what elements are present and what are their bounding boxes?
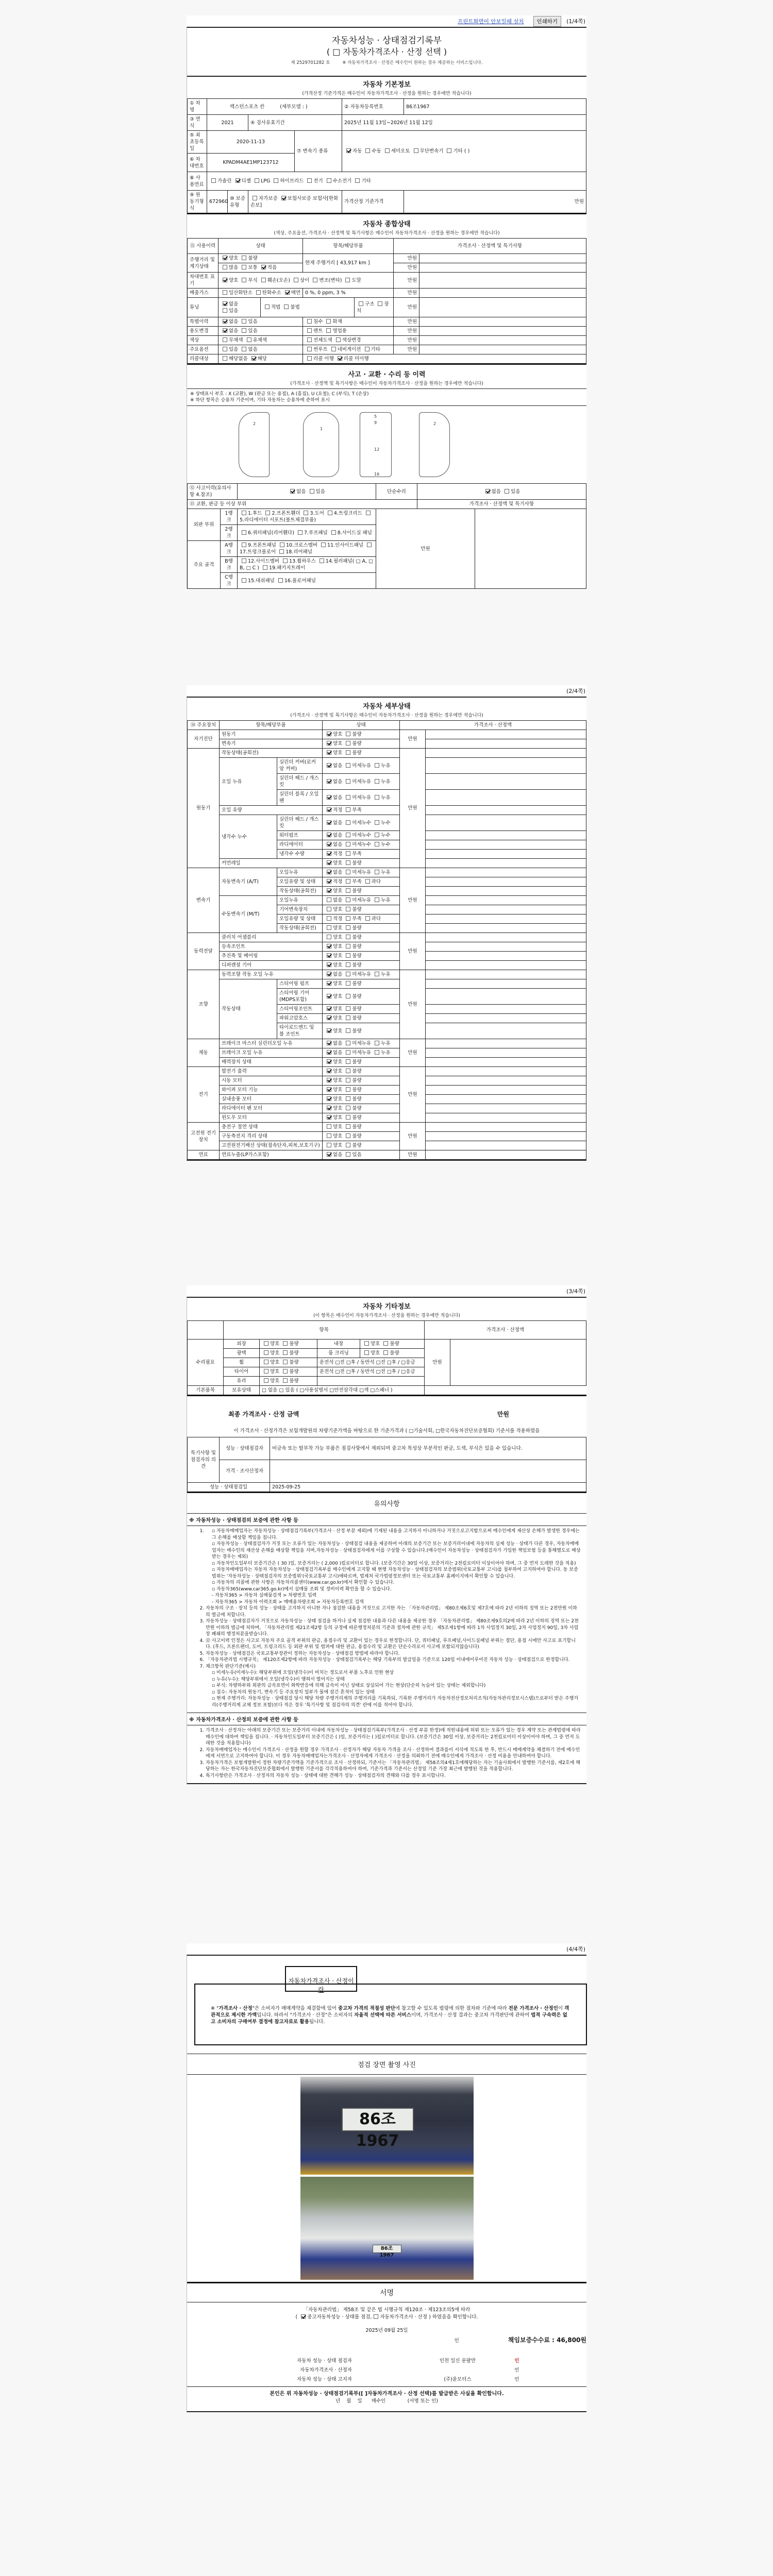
checkbox[interactable] <box>307 347 312 351</box>
checkbox[interactable] <box>284 304 289 309</box>
checkbox[interactable] <box>256 290 261 295</box>
price-cell[interactable] <box>419 336 586 345</box>
checkbox[interactable] <box>327 1050 331 1055</box>
checkbox[interactable] <box>346 888 350 893</box>
checkbox[interactable] <box>359 301 363 306</box>
price-cell[interactable] <box>426 1123 586 1132</box>
price-cell[interactable] <box>426 806 586 815</box>
price-cell[interactable] <box>426 1048 586 1058</box>
checkbox[interactable] <box>223 256 227 260</box>
detail-row: 동력전달클러치 어셈블리양호 불량만원 <box>188 933 586 942</box>
checkbox[interactable] <box>346 842 350 846</box>
price-cell[interactable] <box>426 1141 586 1150</box>
checkbox[interactable] <box>242 256 246 260</box>
checkbox-label: 있음 <box>248 328 257 334</box>
checkbox[interactable] <box>346 953 350 958</box>
checkbox[interactable] <box>283 1341 288 1346</box>
part-label: 13.휠하우스 <box>289 558 316 564</box>
checkbox[interactable] <box>283 1350 288 1355</box>
signature-law-text: 「자동차관리법」 제58조 및 같은 법 시행규칙 제120조 · 제123조의… <box>187 2302 586 2313</box>
checkbox[interactable] <box>375 842 379 846</box>
checkbox-label: 불량 <box>352 1133 361 1139</box>
checkbox-label: 미세누유 <box>352 1041 371 1046</box>
part-checkbox[interactable] <box>320 558 324 563</box>
price-cell[interactable] <box>426 989 586 1005</box>
checkbox[interactable] <box>223 278 227 282</box>
checkbox-label: 양호 <box>229 278 238 283</box>
checkbox[interactable] <box>375 1050 379 1055</box>
checkbox[interactable] <box>346 916 350 921</box>
part-checkbox[interactable] <box>265 511 270 515</box>
price-cell[interactable] <box>426 1095 586 1104</box>
checkbox[interactable] <box>505 489 509 494</box>
checkbox[interactable] <box>327 944 331 948</box>
inspection-photo-rear: 86조 1967 <box>300 2177 474 2280</box>
checkbox[interactable] <box>327 1124 331 1129</box>
checkbox[interactable] <box>346 851 350 856</box>
price-cell[interactable] <box>426 887 586 896</box>
checkbox[interactable] <box>346 1015 350 1020</box>
checkbox[interactable] <box>327 879 331 884</box>
checkbox[interactable] <box>346 1133 350 1138</box>
price-cell[interactable] <box>426 730 586 739</box>
checkbox[interactable] <box>346 732 350 736</box>
price-cell[interactable] <box>419 289 586 298</box>
price-cell[interactable] <box>426 739 586 749</box>
checkbox[interactable] <box>327 820 331 825</box>
print-button[interactable]: 인쇄하기 <box>533 16 562 27</box>
checkbox[interactable] <box>375 779 379 784</box>
checkbox[interactable] <box>327 860 331 865</box>
checkbox-label: 불량 <box>248 256 257 261</box>
unit: 만원 <box>394 317 419 327</box>
inspector-label: 성능 · 상태점검자 <box>220 1437 270 1460</box>
checkbox[interactable] <box>327 972 331 976</box>
checkbox[interactable] <box>223 290 227 295</box>
checkbox[interactable] <box>346 1069 350 1073</box>
checkbox[interactable] <box>283 1360 288 1364</box>
checkbox[interactable] <box>327 1115 331 1120</box>
checkbox[interactable] <box>294 278 298 282</box>
part-checkbox[interactable] <box>242 511 246 515</box>
checkbox[interactable] <box>346 741 350 745</box>
signer-seal: 인 <box>507 2366 527 2375</box>
checkbox[interactable] <box>264 1350 268 1355</box>
price-cell[interactable] <box>426 970 586 979</box>
price-cell[interactable] <box>419 263 586 273</box>
checkbox[interactable] <box>290 489 295 494</box>
checkbox[interactable] <box>327 1006 331 1011</box>
page-indicator: (2/4쪽) <box>187 685 586 697</box>
part-checkbox[interactable] <box>298 530 303 535</box>
checkbox[interactable] <box>346 795 350 800</box>
checkbox-label: 없음 <box>333 897 342 903</box>
parts-price-unit: 만원 <box>376 509 475 589</box>
checkbox[interactable] <box>327 1143 331 1147</box>
unit: 만원 <box>394 345 419 354</box>
checkbox[interactable] <box>242 278 246 282</box>
checkbox[interactable] <box>346 1006 350 1011</box>
price-cell[interactable] <box>426 979 586 989</box>
checkbox[interactable] <box>375 763 379 768</box>
checkbox[interactable] <box>346 1106 350 1110</box>
checkbox[interactable] <box>346 879 350 884</box>
checkbox[interactable] <box>264 1378 268 1383</box>
checkbox[interactable] <box>346 1087 350 1092</box>
detail-state: 양호 불량 <box>323 979 400 989</box>
checkbox[interactable] <box>378 301 382 306</box>
etc-item-state: 양호 불량 <box>260 1377 317 1386</box>
checkbox[interactable] <box>346 972 350 976</box>
part-checkbox[interactable] <box>283 558 288 563</box>
checkbox[interactable] <box>327 1069 331 1073</box>
checkbox[interactable] <box>375 1041 379 1045</box>
checkbox-label: 기타 <box>371 347 380 352</box>
checkbox[interactable] <box>327 870 331 874</box>
part-checkbox[interactable] <box>242 578 246 583</box>
checkbox[interactable] <box>264 1360 268 1364</box>
price-cell[interactable] <box>426 1058 586 1067</box>
checkbox[interactable] <box>346 897 350 902</box>
checkbox[interactable] <box>327 907 331 911</box>
checkbox[interactable] <box>327 1041 331 1045</box>
checkbox[interactable] <box>327 1059 331 1064</box>
checkbox[interactable] <box>326 319 331 324</box>
checkbox-label: 양호 <box>270 1360 279 1365</box>
checkbox-label: 양호 <box>333 953 342 959</box>
price-cell[interactable] <box>426 859 586 868</box>
checkbox[interactable] <box>346 833 350 837</box>
checkbox[interactable] <box>307 328 312 333</box>
checkbox[interactable] <box>327 1078 331 1082</box>
checkbox[interactable] <box>255 178 259 183</box>
checkbox[interactable] <box>327 842 331 846</box>
checkbox-label: 세미오토 <box>391 148 410 154</box>
checkbox[interactable] <box>264 1341 268 1346</box>
checkbox[interactable] <box>383 1341 388 1346</box>
checkbox[interactable] <box>364 1350 369 1355</box>
checkbox[interactable] <box>346 925 350 930</box>
price-cell[interactable] <box>426 952 586 961</box>
checkbox-label: 불량 <box>352 962 361 968</box>
checkbox[interactable] <box>327 925 331 930</box>
price-cell[interactable] <box>426 1150 586 1160</box>
checkbox[interactable] <box>307 178 312 183</box>
checkbox[interactable] <box>247 337 251 342</box>
price-cell[interactable] <box>419 317 586 327</box>
checkbox-label: 미세누수 <box>352 820 371 826</box>
price-cell[interactable] <box>426 1104 586 1113</box>
checkbox[interactable] <box>346 148 351 153</box>
car-name: 렉스턴스포츠 칸 <box>230 104 264 110</box>
print-install-link[interactable]: 프린트화면이 안보일때 설치 <box>458 18 524 25</box>
price-cell[interactable] <box>419 345 586 354</box>
price-cell[interactable] <box>426 924 586 933</box>
checkbox-label: 적정 <box>333 879 342 885</box>
checkbox[interactable] <box>307 337 312 342</box>
price-cell[interactable] <box>426 758 586 774</box>
checkbox[interactable] <box>327 897 331 902</box>
part-checkbox[interactable] <box>304 511 308 515</box>
price-cell[interactable] <box>426 749 586 758</box>
checkbox[interactable] <box>281 196 286 200</box>
checkbox[interactable] <box>346 935 350 939</box>
checkbox[interactable] <box>310 489 314 494</box>
checkbox[interactable] <box>346 860 350 865</box>
price-cell[interactable] <box>450 1340 586 1386</box>
checkbox[interactable] <box>346 1143 350 1147</box>
checkbox[interactable] <box>346 750 350 755</box>
checkbox[interactable] <box>327 779 331 784</box>
part-checkbox[interactable] <box>367 543 372 547</box>
checkbox[interactable] <box>346 1041 350 1045</box>
checkbox[interactable] <box>327 741 331 745</box>
detail-item: 변속기 <box>220 739 323 749</box>
checkbox[interactable] <box>383 1350 388 1355</box>
checkbox[interactable] <box>307 356 312 361</box>
part-checkbox[interactable] <box>328 511 332 515</box>
checkbox[interactable] <box>307 319 312 324</box>
checkbox[interactable] <box>327 833 331 837</box>
checkbox[interactable] <box>485 489 490 494</box>
checkbox[interactable] <box>327 935 331 939</box>
checkbox[interactable] <box>327 1133 331 1138</box>
checkbox-label: 양호 <box>333 1133 342 1139</box>
checkbox[interactable] <box>346 870 350 874</box>
price-cell[interactable] <box>419 273 586 289</box>
part-checkbox[interactable] <box>279 549 284 554</box>
price-cell[interactable] <box>426 1014 586 1023</box>
checkbox[interactable] <box>336 337 341 342</box>
checkbox[interactable] <box>346 763 350 768</box>
checkbox[interactable] <box>327 732 331 736</box>
checkbox[interactable] <box>223 301 227 306</box>
checkbox[interactable] <box>327 981 331 986</box>
price-cell[interactable] <box>426 868 586 877</box>
part-checkbox[interactable] <box>321 543 326 547</box>
checkbox[interactable] <box>327 1087 331 1092</box>
checkbox[interactable] <box>313 278 317 282</box>
checkbox[interactable] <box>274 178 278 183</box>
checkbox[interactable] <box>385 148 390 153</box>
checkbox[interactable] <box>375 870 379 874</box>
checkbox[interactable] <box>365 916 370 921</box>
checkbox[interactable] <box>264 1369 268 1374</box>
part-checkbox[interactable] <box>263 565 267 570</box>
price-cell[interactable] <box>426 790 586 806</box>
etc-item-2-state: 양호 불량 <box>360 1340 425 1349</box>
checkbox[interactable] <box>346 1059 350 1064</box>
checkbox[interactable] <box>211 178 216 183</box>
price-cell[interactable] <box>426 1086 586 1095</box>
price-cell[interactable] <box>426 914 586 924</box>
checkbox[interactable] <box>346 1078 350 1082</box>
checkbox[interactable] <box>346 907 350 911</box>
checkbox[interactable] <box>346 1028 350 1033</box>
checkbox[interactable] <box>251 356 256 361</box>
checkbox[interactable] <box>346 1115 350 1120</box>
checkbox[interactable] <box>375 833 379 837</box>
part-checkbox[interactable] <box>242 530 246 535</box>
detail-state: 없음 미세누유 누유 <box>323 896 400 905</box>
price-cell[interactable] <box>426 905 586 914</box>
checkbox[interactable] <box>327 1096 331 1101</box>
checkbox[interactable] <box>327 888 331 893</box>
checkbox[interactable] <box>236 178 240 183</box>
used-car-check-checkbox[interactable] <box>301 2314 306 2319</box>
checkbox[interactable] <box>331 347 336 351</box>
checkbox[interactable] <box>375 897 379 902</box>
checkbox[interactable] <box>327 1106 331 1110</box>
checkbox[interactable] <box>346 779 350 784</box>
checkbox[interactable] <box>327 807 331 812</box>
parts-price-cell[interactable] <box>475 509 586 589</box>
price-cell[interactable] <box>426 1113 586 1123</box>
checkbox-label: 없음 <box>333 820 342 826</box>
checkbox[interactable] <box>346 1096 350 1101</box>
checkbox[interactable] <box>346 1152 350 1157</box>
checkbox[interactable] <box>327 962 331 967</box>
checkbox[interactable] <box>327 994 331 998</box>
checkbox-label: 불량 <box>352 1059 361 1065</box>
price-cell[interactable] <box>419 254 586 263</box>
checkbox[interactable] <box>365 148 370 153</box>
detail-subitem: 타이로드엔드 및 볼 조인트 <box>277 1023 323 1039</box>
checkbox[interactable] <box>327 763 331 768</box>
checkbox[interactable] <box>346 1124 350 1129</box>
checkbox[interactable] <box>447 148 451 153</box>
price-cell[interactable] <box>426 1039 586 1048</box>
price-cell[interactable] <box>426 1023 586 1039</box>
checkbox-label: 없음 <box>229 301 238 307</box>
basic-info-note: (가격산정 기준가격은 매수인이 자동차가격조사 · 산정을 원하는 경우에만 … <box>187 89 586 98</box>
checkbox[interactable] <box>261 278 266 282</box>
checkbox[interactable] <box>223 356 227 361</box>
part-checkbox[interactable] <box>278 578 283 583</box>
price-cell[interactable] <box>426 877 586 887</box>
checkbox[interactable] <box>375 972 379 976</box>
checkbox[interactable] <box>365 347 369 351</box>
appraisal-checkbox[interactable] <box>374 2314 378 2319</box>
checkbox[interactable] <box>346 820 350 825</box>
checkbox[interactable] <box>375 820 379 825</box>
part-checkbox[interactable] <box>242 543 246 547</box>
part-checkbox[interactable] <box>331 530 336 535</box>
price-cell[interactable] <box>426 961 586 970</box>
price-cell[interactable] <box>426 815 586 831</box>
checkbox[interactable] <box>223 328 227 333</box>
checkbox[interactable] <box>346 962 350 967</box>
price-cell[interactable] <box>426 1005 586 1014</box>
checkbox[interactable] <box>345 278 350 282</box>
part-checkbox[interactable] <box>366 511 371 515</box>
checkbox-label: 양호 <box>270 1378 279 1384</box>
checkbox-label: 없음 <box>333 842 342 848</box>
checkbox[interactable] <box>265 304 270 309</box>
checkbox[interactable] <box>327 1028 331 1033</box>
checkbox[interactable] <box>414 148 418 153</box>
checkbox-label: 과다 <box>372 879 381 885</box>
repair-needed-label: 수리필요 <box>188 1340 224 1386</box>
checkbox[interactable] <box>346 994 350 998</box>
mileage-label: 주행거리 및 계기상태 <box>188 254 219 273</box>
signer-role: 자동차가격조사 · 산정자 <box>187 2366 352 2375</box>
checkbox[interactable] <box>346 981 350 986</box>
checkbox[interactable] <box>327 178 331 183</box>
detail-state: 없음 미세누수 누수 <box>323 840 400 850</box>
checkbox[interactable] <box>223 308 227 313</box>
checkbox[interactable] <box>327 851 331 856</box>
checkbox[interactable] <box>242 265 246 269</box>
checkbox[interactable] <box>285 290 290 295</box>
checkbox[interactable] <box>327 953 331 958</box>
checkbox[interactable] <box>327 795 331 800</box>
price-cell[interactable] <box>426 850 586 859</box>
device-group-label: 조향 <box>188 970 220 1039</box>
checkbox[interactable] <box>242 319 246 324</box>
checkbox-label: 양호 <box>371 1350 380 1356</box>
checkbox[interactable] <box>242 347 246 351</box>
detail-state: 양호 불량 <box>323 924 400 933</box>
checkbox-label: 불량 <box>352 925 361 931</box>
checkbox[interactable] <box>223 347 227 351</box>
checkbox[interactable] <box>375 795 379 800</box>
checkbox[interactable] <box>326 328 331 333</box>
criteria-item: 침수: 자동차의 원동기, 변속기 등 주요장치 일부가 물에 잠긴 흔적이 있… <box>212 1689 581 1696</box>
detail-state: 양호 불량 <box>323 1005 400 1014</box>
checkbox[interactable] <box>346 944 350 948</box>
checkbox[interactable] <box>253 196 257 200</box>
checkbox-label: 기타 ( ) <box>453 148 469 154</box>
price-cell[interactable] <box>419 298 586 317</box>
price-cell[interactable] <box>426 942 586 952</box>
detail-row: 변속기양호 불량 <box>188 739 586 749</box>
price-cell[interactable] <box>419 327 586 336</box>
checkbox[interactable] <box>365 879 370 884</box>
overall-row-state: 없음 있음 <box>219 327 303 336</box>
price-cell[interactable] <box>426 933 586 942</box>
price-cell[interactable] <box>426 1076 586 1086</box>
part-checkbox[interactable] <box>280 543 284 547</box>
detail-item: 등속조인트 <box>220 942 323 952</box>
detail-row: 추진축 및 베어링양호 불량 <box>188 952 586 961</box>
price-cell[interactable] <box>426 1132 586 1141</box>
checkbox[interactable] <box>242 328 246 333</box>
part-checkbox[interactable] <box>242 558 246 563</box>
checkbox[interactable] <box>327 750 331 755</box>
price-cell[interactable] <box>426 840 586 850</box>
checkbox[interactable] <box>283 1378 288 1383</box>
checkbox[interactable] <box>338 356 342 361</box>
checkbox[interactable] <box>346 807 350 812</box>
checkbox[interactable] <box>355 178 360 183</box>
price-cell[interactable] <box>426 1067 586 1076</box>
car-damage-diagram: 215912216 <box>187 406 586 483</box>
checkbox[interactable] <box>223 265 227 269</box>
checkbox[interactable] <box>223 337 227 342</box>
checkbox[interactable] <box>283 1369 288 1374</box>
price-cell[interactable] <box>426 896 586 905</box>
price-cell[interactable] <box>426 831 586 840</box>
price-cell[interactable] <box>426 774 586 790</box>
checkbox[interactable] <box>327 1152 331 1157</box>
checkbox[interactable] <box>364 1341 369 1346</box>
checkbox[interactable] <box>327 916 331 921</box>
checkbox[interactable] <box>223 319 227 324</box>
checkbox[interactable] <box>327 1015 331 1020</box>
checkbox[interactable] <box>261 265 266 269</box>
checkbox[interactable] <box>346 1050 350 1055</box>
